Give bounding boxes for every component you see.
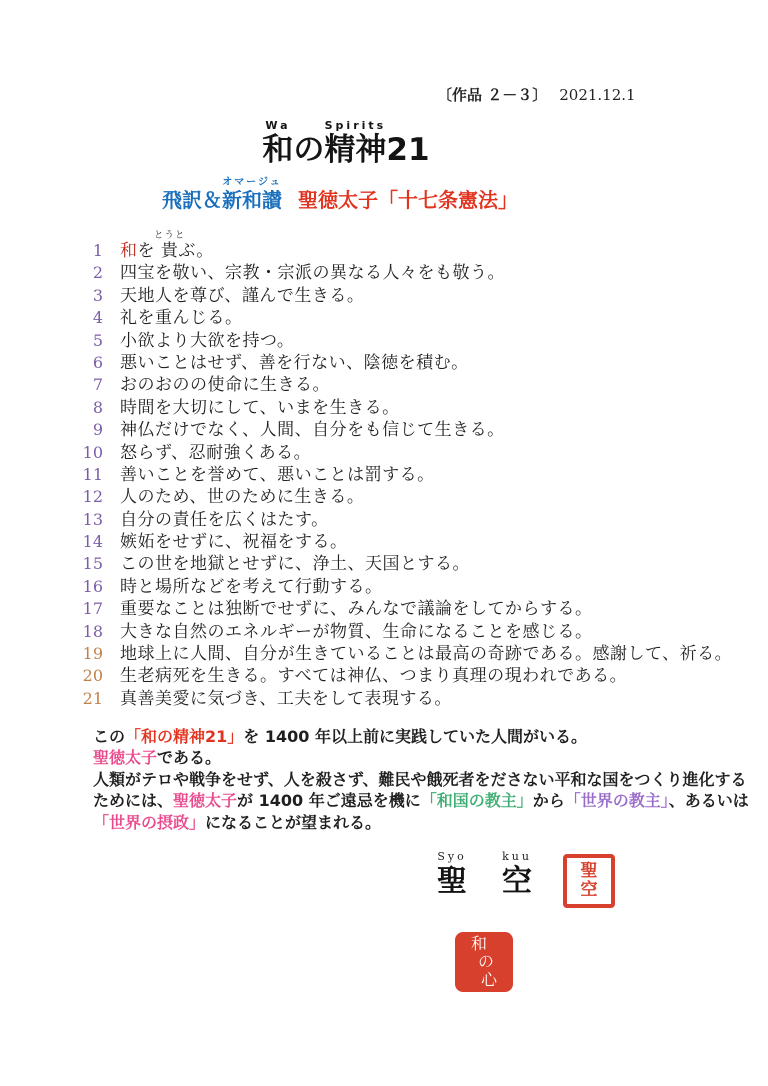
title-ruby: Wa [262, 118, 293, 133]
item-text-segment: とうと貴 [161, 240, 179, 262]
list-item: 16時と場所などを考えて行動する。 [0, 576, 768, 598]
item-text: 時と場所などを考えて行動する。 [120, 576, 383, 598]
list-item: 8時間を大切にして、いまを生きる。 [0, 397, 768, 419]
paragraph-segment: ためには、 [93, 791, 173, 810]
page-title: Wa和 のSpirits精神 21 [0, 118, 768, 168]
item-number: 19 [64, 643, 103, 665]
signature-block: Syo聖kuu空 聖空 [433, 850, 615, 908]
subtitle-text: 新和讃 [222, 189, 282, 212]
paragraph-segment: から [533, 791, 565, 810]
subtitle-text: 飛訳＆ [162, 189, 222, 212]
subtitle-segment: 飛訳＆ [162, 176, 222, 212]
paragraph-segment: を 1400 年以上前に実践していた人間がいる。 [243, 727, 587, 746]
item-number: 11 [64, 464, 103, 486]
item-text: おのおのの使命に生きる。 [120, 374, 330, 396]
item-text: 天地人を尊び、謹んで生きる。 [120, 285, 364, 307]
list-item: 15この世を地獄とせずに、浄土、天国とする。 [0, 553, 768, 575]
item-number: 10 [64, 442, 103, 464]
signature-romaji: kuu [498, 850, 536, 864]
item-number: 2 [64, 262, 103, 284]
furigana: とうと [154, 231, 186, 241]
item-text: 怒らず、忍耐強くある。 [120, 442, 311, 464]
subtitle-segment: オマージュ新和讃 [222, 176, 282, 212]
item-number: 5 [64, 330, 103, 352]
item-text-segment: 和 [120, 241, 138, 261]
item-text: 人のため、世のために生きる。 [120, 486, 364, 508]
title-ruby [293, 118, 324, 133]
work-date: 2021.12.1 [559, 86, 635, 104]
paragraph-line: 「世界の摂政」になることが望まれる。 [93, 812, 753, 833]
list-item: 4礼を重んじる。 [0, 307, 768, 329]
paragraph-segment: になることが望まれる。 [205, 813, 381, 832]
list-item: 19地球上に人間、自分が生きていることは最高の奇跡である。感謝して、祈る。 [0, 643, 768, 665]
item-number: 9 [64, 419, 103, 441]
item-number: 6 [64, 352, 103, 374]
item-number: 21 [64, 688, 103, 710]
item-text: この世を地獄とせずに、浄土、天国とする。 [120, 553, 470, 575]
signature-name: Syo聖kuu空 [433, 850, 563, 900]
item-text: 大きな自然のエネルギーが物質、生命になることを感じる。 [120, 621, 593, 643]
list-item: 11善いことを誉めて、悪いことは罰する。 [0, 464, 768, 486]
title-ruby [386, 118, 429, 133]
paragraph-segment: この [93, 727, 125, 746]
paragraph-segment: 「世界の摂政」 [93, 813, 205, 832]
item-text: 善いことを誉めて、悪いことは罰する。 [120, 464, 435, 486]
seal-character: 心 [481, 971, 497, 989]
list-item: 6悪いことはせず、善を行ない、陰徳を積む。 [0, 352, 768, 374]
title-text: 21 [386, 133, 429, 168]
work-number-label: 〔作品 ２－３〕 [437, 86, 547, 104]
item-number: 17 [64, 598, 103, 620]
item-text: 悪いことはせず、善を行ない、陰徳を積む。 [120, 352, 469, 374]
name-seal-stamp-icon: 聖空 [563, 854, 615, 908]
signature-char-block: Syo聖 [433, 850, 471, 900]
seal-character: 聖 [581, 862, 598, 881]
seal-character: 空 [581, 881, 598, 900]
item-text: 礼を重んじる。 [120, 307, 243, 329]
paragraph-line: この「和の精神21」を 1400 年以上前に実践していた人間がいる。 [93, 726, 753, 747]
signature-romaji: Syo [433, 850, 471, 864]
item-text-segment: を [138, 241, 161, 261]
closing-paragraph: この「和の精神21」を 1400 年以上前に実践していた人間がいる。聖徳太子であ… [93, 726, 753, 833]
item-number: 14 [64, 531, 103, 553]
item-number: 13 [64, 509, 103, 531]
item-number: 1 [64, 240, 103, 262]
item-number: 3 [64, 285, 103, 307]
item-text: 神仏だけでなく、人間、自分をも信じて生きる。 [120, 419, 505, 441]
subtitle-blue-part: 飛訳＆オマージュ新和讃 [162, 193, 282, 212]
paragraph-segment: 聖徳太子 [173, 791, 237, 810]
item-text: 重要なことは独断でせずに、みんなで議論をしてからする。 [120, 598, 593, 620]
list-item: 18大きな自然のエネルギーが物質、生命になることを感じる。 [0, 621, 768, 643]
list-item: 14嫉妬をせずに、祝福をする。 [0, 531, 768, 553]
item-text: 地球上に人間、自分が生きていることは最高の奇跡である。感謝して、祈る。 [120, 643, 732, 665]
item-text: 和を とうと貴ぶ。 [120, 240, 214, 262]
signature-kanji: 空 [498, 864, 536, 900]
list-item: 9神仏だけでなく、人間、自分をも信じて生きる。 [0, 419, 768, 441]
paragraph-segment: 「和の精神21」 [125, 727, 243, 746]
item-text: 嫉妬をせずに、祝福をする。 [120, 531, 348, 553]
title-segment: Wa和 [262, 118, 293, 168]
item-text: 真善美愛に気づき、工夫をして表現する。 [120, 688, 452, 710]
paragraph-line: 人類がテロや戦争をせず、人を殺さず、難民や餓死者をださない平和な国をつくり進化す… [93, 769, 753, 790]
title-text: の [293, 133, 324, 168]
paragraph-segment: 人類がテロや戦争をせず、人を殺さず、難民や餓死者をださない平和な国をつくり進化す… [93, 770, 746, 789]
item-number: 4 [64, 307, 103, 329]
list-item: 13自分の責任を広くはたす。 [0, 509, 768, 531]
item-text: 自分の責任を広くはたす。 [120, 509, 329, 531]
item-number: 20 [64, 665, 103, 687]
list-item: 12人のため、世のために生きる。 [0, 486, 768, 508]
wa-no-kokoro-seal-icon: 和の心 [455, 932, 513, 992]
paragraph-segment: 、あるいは [669, 791, 749, 810]
item-number: 16 [64, 576, 103, 598]
work-info: 〔作品 ２－３〕2021.12.1 [437, 84, 636, 105]
title-segment: Spirits精神 [324, 118, 386, 168]
signature-kanji: 聖 [433, 864, 471, 900]
document-page: 〔作品 ２－３〕2021.12.1 Wa和 のSpirits精神 21 飛訳＆オ… [0, 0, 768, 1086]
paragraph-segment: 「世界の教主」 [565, 791, 669, 810]
list-item: 1和を とうと貴ぶ。 [0, 240, 768, 262]
item-number: 18 [64, 621, 103, 643]
item-number: 7 [64, 374, 103, 396]
precepts-list: 1和を とうと貴ぶ。2四宝を敬い、宗教・宗派の異なる人々をも敬う。3天地人を尊び… [0, 240, 768, 710]
list-item: 17重要なことは独断でせずに、みんなで議論をしてからする。 [0, 598, 768, 620]
item-text-segment: ぶ。 [178, 241, 213, 261]
item-text: 四宝を敬い、宗教・宗派の異なる人々をも敬う。 [120, 262, 505, 284]
title-segment: 21 [386, 118, 429, 168]
title-text: 和 [262, 133, 293, 168]
subtitle: 飛訳＆オマージュ新和讃聖徳太子「十七条憲法」 [0, 176, 768, 212]
paragraph-segment: である。 [157, 748, 221, 767]
item-number: 12 [64, 486, 103, 508]
item-text: 小欲より大欲を持つ。 [120, 330, 294, 352]
list-item: 10怒らず、忍耐強くある。 [0, 442, 768, 464]
list-item: 7おのおのの使命に生きる。 [0, 374, 768, 396]
list-item: 2四宝を敬い、宗教・宗派の異なる人々をも敬う。 [0, 262, 768, 284]
item-number: 8 [64, 397, 103, 419]
list-item: 20生老病死を生きる。すべては神仏、つまり真理の現われである。 [0, 665, 768, 687]
seal-character: 和 [471, 935, 487, 953]
item-text: 時間を大切にして、いまを生きる。 [120, 397, 400, 419]
paragraph-segment: 「和国の教主」 [421, 791, 533, 810]
paragraph-segment: が 1400 年ご遠忌を機に [237, 791, 421, 810]
title-text: 精神 [324, 133, 386, 168]
title-ruby: Spirits [324, 118, 386, 133]
paragraph-line: ためには、聖徳太子が 1400 年ご遠忌を機に「和国の教主」から「世界の教主」、… [93, 790, 753, 811]
item-text: 生老病死を生きる。すべては神仏、つまり真理の現われである。 [120, 665, 627, 687]
list-item: 21真善美愛に気づき、工夫をして表現する。 [0, 688, 768, 710]
paragraph-line: 聖徳太子である。 [93, 747, 753, 768]
subtitle-red-part: 聖徳太子「十七条憲法」 [298, 189, 518, 212]
list-item: 5小欲より大欲を持つ。 [0, 330, 768, 352]
paragraph-segment: 聖徳太子 [93, 748, 157, 767]
item-number: 15 [64, 553, 103, 575]
signature-char-block: kuu空 [498, 850, 536, 900]
list-item: 3天地人を尊び、謹んで生きる。 [0, 285, 768, 307]
title-segment: の [293, 118, 324, 168]
